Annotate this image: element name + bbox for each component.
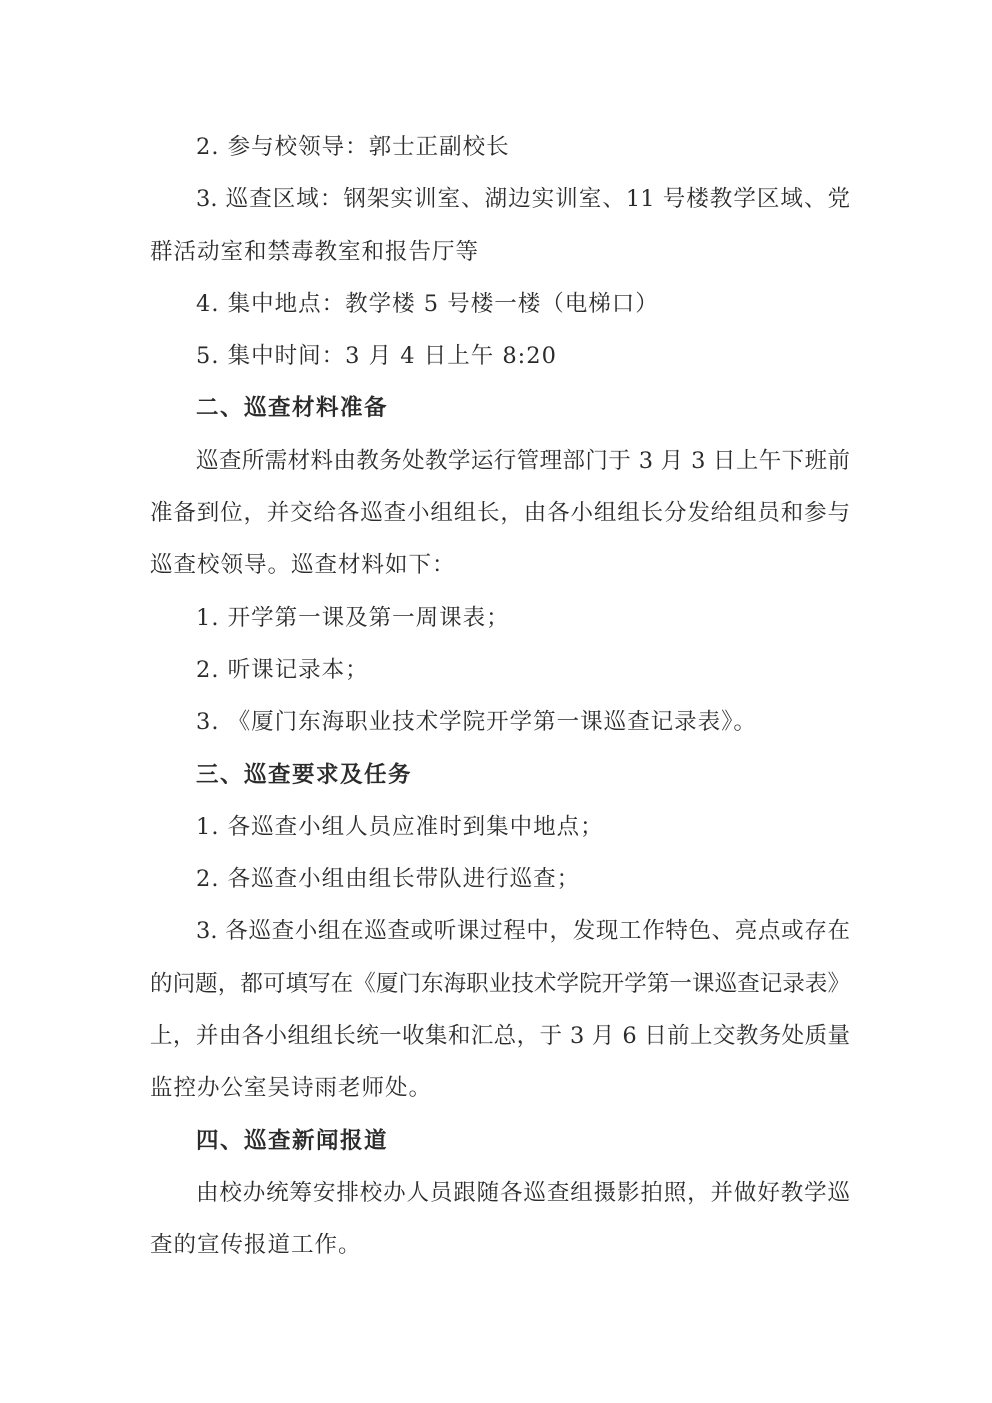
section-heading-3-requirements: 三、巡查要求及任务 <box>150 749 850 801</box>
text-line-requirement-3b: 的问题，都可填写在《厦门东海职业技术学院开学第一课巡查记录表》 <box>150 958 850 1010</box>
text-line-materials-para-3: 巡查校领导。巡查材料如下： <box>150 539 850 591</box>
text-line-material-item-1: 1. 开学第一课及第一周课表； <box>150 592 850 644</box>
text-line-inspection-area-1: 3. 巡查区域：钢架实训室、湖边实训室、11 号楼教学区域、党 <box>150 173 850 225</box>
text-line-requirement-3c: 上，并由各小组组长统一收集和汇总，于 3 月 6 日前上交教务处质量 <box>150 1010 850 1062</box>
text-line-assembly-place: 4. 集中地点：教学楼 5 号楼一楼（电梯口） <box>150 278 850 330</box>
text-line-assembly-time: 5. 集中时间：3 月 4 日上午 8:20 <box>150 330 850 382</box>
document-page: 2. 参与校领导：郭士正副校长 3. 巡查区域：钢架实训室、湖边实训室、11 号… <box>0 0 992 1403</box>
text-line-requirement-1: 1. 各巡查小组人员应准时到集中地点； <box>150 801 850 853</box>
text-line-requirement-3a: 3. 各巡查小组在巡查或听课过程中，发现工作特色、亮点或存在 <box>150 905 850 957</box>
text-line-requirement-2: 2. 各巡查小组由组长带队进行巡查； <box>150 853 850 905</box>
text-line-inspection-area-2: 群活动室和禁毒教室和报告厅等 <box>150 226 850 278</box>
text-line-news-para-2: 查的宣传报道工作。 <box>150 1219 850 1271</box>
text-line-materials-para-1: 巡查所需材料由教务处教学运行管理部门于 3 月 3 日上午下班前 <box>150 435 850 487</box>
document-body: 2. 参与校领导：郭士正副校长 3. 巡查区域：钢架实训室、湖边实训室、11 号… <box>150 121 850 1272</box>
text-line-requirement-3d: 监控办公室吴诗雨老师处。 <box>150 1062 850 1114</box>
text-line-participating-leader: 2. 参与校领导：郭士正副校长 <box>150 121 850 173</box>
text-line-news-para-1: 由校办统筹安排校办人员跟随各巡查组摄影拍照，并做好教学巡 <box>150 1167 850 1219</box>
text-line-material-item-3: 3. 《厦门东海职业技术学院开学第一课巡查记录表》。 <box>150 696 850 748</box>
text-line-materials-para-2: 准备到位，并交给各巡查小组组长，由各小组组长分发给组员和参与 <box>150 487 850 539</box>
text-line-material-item-2: 2. 听课记录本； <box>150 644 850 696</box>
section-heading-4-news-report: 四、巡查新闻报道 <box>150 1115 850 1167</box>
section-heading-2-materials: 二、巡查材料准备 <box>150 382 850 434</box>
